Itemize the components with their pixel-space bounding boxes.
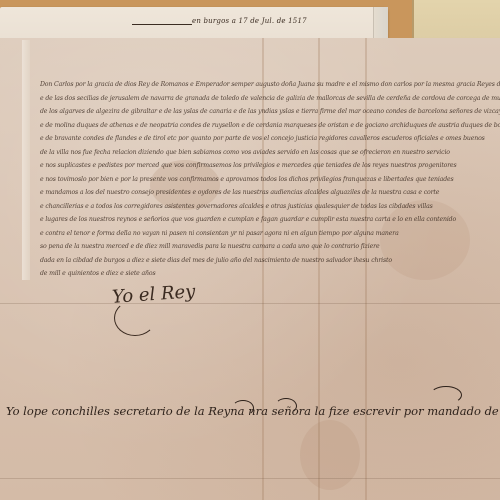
body-line: e lugares de los nuestros reynos e señor…: [40, 213, 500, 227]
flourish-line: [132, 24, 192, 25]
stain: [300, 420, 360, 490]
body-line: de mill e quinientos e diez e siete años: [40, 267, 500, 281]
signature-flourish: [114, 300, 156, 336]
body-line: Don Carlos por la gracia de dios Rey de …: [40, 78, 500, 92]
body-line: e contra el tenor e forma della no vayan…: [40, 227, 500, 241]
body-line: e nos tovimoslo por bien e por la presen…: [40, 173, 500, 187]
body-line: de la villa nos fue fecha relacion dizie…: [40, 146, 500, 160]
flourish-loop: [232, 400, 254, 416]
body-line: e de molina duques de athenas e de neopa…: [40, 119, 500, 133]
document-body: Don Carlos por la gracia de dios Rey de …: [40, 78, 500, 281]
body-line: e chancillerias e a todos los corregidor…: [40, 200, 500, 214]
body-line: so pena de la nuestra merced e de diez m…: [40, 240, 500, 254]
flourish-loop: [430, 386, 462, 404]
parchment-strip: [22, 40, 30, 280]
body-line: de los algarves de algezira de gibraltar…: [40, 105, 500, 119]
fold-line-horizontal: [0, 303, 500, 304]
body-line: e de bravante condes de flandes e de tir…: [40, 132, 500, 146]
body-line: e nos suplicastes e pedistes por merced …: [40, 159, 500, 173]
body-line: dada en la cibdad de burgos a diez e sie…: [40, 254, 500, 268]
body-line: e mandamos a los del nuestro consejo pre…: [40, 186, 500, 200]
body-line: e de las dos secilias de jerusalem de na…: [40, 92, 500, 106]
date-note: en burgos a 17 de Jul. de 1517: [192, 17, 307, 25]
fold-line-horizontal: [0, 478, 500, 479]
flourish-loop: [275, 398, 297, 414]
